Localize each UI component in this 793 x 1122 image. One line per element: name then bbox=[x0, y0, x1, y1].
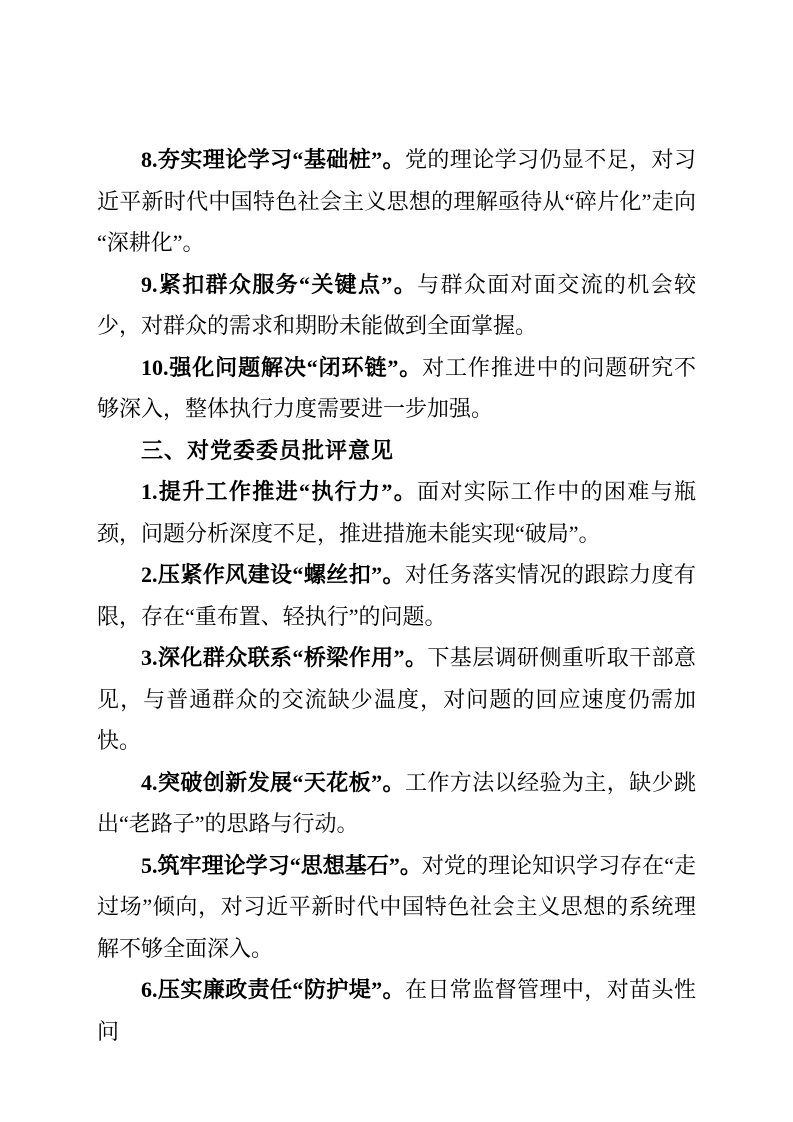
paragraph-item-9: 9.紧扣群众服务“关键点”。与群众面对面交流的机会较少，对群众的需求和期盼未能做… bbox=[97, 264, 696, 347]
item-9-lead: 9.紧扣群众服务“关键点”。 bbox=[141, 272, 417, 297]
paragraph-item-3: 3.深化群众联系“桥梁作用”。下基层调研侧重听取干部意见，与普通群众的交流缺少温… bbox=[97, 637, 696, 762]
paragraph-item-1: 1.提升工作推进“执行力”。面对实际工作中的困难与瓶颈，问题分析深度不足，推进措… bbox=[97, 471, 696, 554]
paragraph-item-4: 4.突破创新发展“天花板”。工作方法以经验为主，缺少跳出“老路子”的思路与行动。 bbox=[97, 762, 696, 845]
document-body-text: 8.夯实理论学习“基础桩”。党的理论学习仍显不足，对习近平新时代中国特色社会主义… bbox=[97, 139, 696, 1052]
paragraph-item-10: 10.强化问题解决“闭环链”。对工作推进中的问题研究不够深入，整体执行力度需要进… bbox=[97, 347, 696, 430]
item-1-lead: 1.提升工作推进“执行力”。 bbox=[141, 479, 417, 504]
paragraph-item-6: 6.压实廉政责任“防护堤”。在日常监督管理中，对苗头性问 bbox=[97, 969, 696, 1052]
item-10-lead: 10.强化问题解决“闭环链”。 bbox=[141, 355, 422, 380]
item-3-lead: 3.深化群众联系“桥梁作用”。 bbox=[141, 645, 427, 670]
paragraph-item-5: 5.筑牢理论学习“思想基石”。对党的理论知识学习存在“走过场”倾向，对习近平新时… bbox=[97, 845, 696, 970]
item-5-lead: 5.筑牢理论学习“思想基石”。 bbox=[141, 853, 422, 878]
section-heading: 三、对党委委员批评意见 bbox=[97, 430, 696, 472]
item-4-lead: 4.突破创新发展“天花板”。 bbox=[141, 770, 405, 795]
item-2-lead: 2.压紧作风建设“螺丝扣”。 bbox=[141, 562, 405, 587]
item-6-lead: 6.压实廉政责任“防护堤”。 bbox=[141, 977, 405, 1002]
paragraph-item-8: 8.夯实理论学习“基础桩”。党的理论学习仍显不足，对习近平新时代中国特色社会主义… bbox=[97, 139, 696, 264]
item-8-lead: 8.夯实理论学习“基础桩”。 bbox=[141, 147, 405, 172]
paragraph-item-2: 2.压紧作风建设“螺丝扣”。对任务落实情况的跟踪力度有限，存在“重布置、轻执行”… bbox=[97, 554, 696, 637]
document-page: 8.夯实理论学习“基础桩”。党的理论学习仍显不足，对习近平新时代中国特色社会主义… bbox=[0, 0, 793, 1122]
